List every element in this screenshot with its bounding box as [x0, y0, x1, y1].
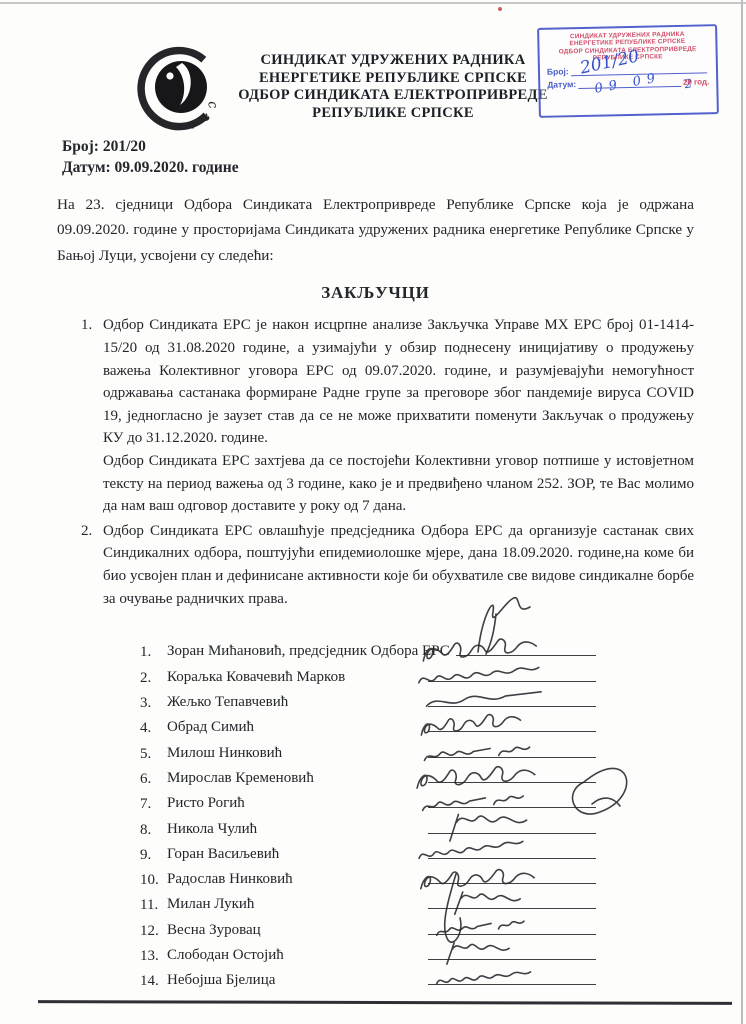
conclusion-item-2: 2.Одбор Синдиката ЕРС овлашћује предсјед… — [57, 520, 694, 610]
signatory-row-11: 11.Милан Лукић — [140, 889, 596, 914]
conclusions-heading: ЗАКЉУЧЦИ — [57, 283, 694, 303]
stamp-number-label: Број: — [547, 66, 569, 76]
signatory-number: 12. — [140, 923, 167, 940]
signatory-number: 8. — [140, 822, 167, 839]
signatory-row-6: 6.Мирослав Кременовић — [140, 763, 596, 788]
organization-title-line-2: ЕНЕРГЕТИКЕ РЕПУБЛИКЕ СРПСКЕ — [208, 70, 578, 88]
organization-title-line-4: РЕПУБЛИКЕ СРПСКЕ — [208, 105, 578, 123]
organization-title: СИНДИКАТ УДРУЖЕНИХ РАДНИКАЕНЕРГЕТИКЕ РЕП… — [208, 52, 578, 122]
signature-line — [428, 858, 596, 859]
signatory-row-8: 8.Никола Чулић — [140, 813, 596, 838]
signatory-number: 2. — [140, 670, 167, 687]
registry-stamp: СИНДИКАТ УДРУЖЕНИХ РАДНИКАЕНЕРГЕТИКЕ РЕП… — [537, 24, 719, 118]
conclusion-number: 2. — [81, 520, 103, 610]
document-date: Датум: 09.09.2020. године — [62, 157, 694, 178]
scan-edge-bottom — [38, 1000, 732, 1005]
signature-line — [428, 757, 596, 758]
signatory-number: 14. — [140, 973, 167, 990]
signatory-row-1: 1.Зоран Мићановић, предсједник Одбора ЕР… — [140, 636, 596, 661]
signatory-number: 11. — [140, 897, 167, 914]
intro-paragraph: На 23. сједници Одбора Синдиката Електро… — [57, 192, 694, 268]
signatories-block: 1.Зоран Мићановић, предсједник Одбора ЕР… — [140, 636, 596, 990]
signatory-number: 9. — [140, 847, 167, 864]
signature-line — [428, 731, 596, 732]
organization-title-line-3: ОДБОР СИНДИКАТА ЕЛЕКТРОПРИВРЕДЕ — [208, 87, 578, 105]
signatory-row-5: 5.Милош Нинковић — [140, 737, 596, 762]
stamp-date-label: Датум: — [547, 79, 576, 90]
conclusion-paragraph: Одбор Синдиката ЕРС захтјева да се посто… — [103, 450, 694, 518]
signatory-name: Милан Лукић — [167, 896, 254, 914]
signatory-name: Милош Нинковић — [167, 745, 282, 763]
signature-line — [428, 934, 596, 935]
signatory-row-12: 12.Весна Зуровац — [140, 914, 596, 939]
organization-title-line-1: СИНДИКАТ УДРУЖЕНИХ РАДНИКА — [208, 52, 578, 70]
signatory-number: 6. — [140, 771, 167, 788]
signature-line — [428, 833, 596, 834]
signature-line — [428, 908, 596, 909]
signatory-name: Радослав Нинковић — [167, 871, 293, 889]
signature-line — [456, 655, 596, 656]
signatory-name: Жељко Тепавчевић — [167, 694, 288, 712]
signatory-number: 3. — [140, 695, 167, 712]
signatory-number: 5. — [140, 746, 167, 763]
conclusions-list: 1.Одбор Синдиката ЕРС је након исцрпне а… — [57, 314, 694, 610]
signatory-row-13: 13.Слободан Остојић — [140, 940, 596, 965]
signatory-row-7: 7.Ристо Рогић — [140, 788, 596, 813]
signature-line — [428, 807, 596, 808]
signature-line — [428, 883, 596, 884]
signatory-number: 13. — [140, 948, 167, 965]
signatory-name: Слободан Остојић — [167, 947, 284, 965]
signatory-name: Небојша Бјелица — [167, 972, 275, 990]
signatory-number: 10. — [140, 872, 167, 889]
scan-edge-top — [0, 2, 746, 4]
document-number: Број: 201/20 — [62, 136, 694, 157]
signatory-name: Обрад Симић — [167, 719, 254, 737]
signatory-name: Никола Чулић — [167, 821, 257, 839]
signatory-name: Горан Васиљевић — [167, 846, 279, 864]
conclusion-text: Одбор Синдиката ЕРС је након исцрпне ана… — [103, 314, 694, 517]
signatory-number: 7. — [140, 796, 167, 813]
conclusion-paragraph: Одбор Синдиката ЕРС овлашћује предсједни… — [103, 520, 694, 610]
signatory-row-10: 10.Радослав Нинковић — [140, 864, 596, 889]
signature-line — [428, 681, 596, 682]
signatory-row-3: 3.Жељко Тепавчевић — [140, 687, 596, 712]
signatory-row-9: 9.Горан Васиљевић — [140, 839, 596, 864]
conclusion-number: 1. — [81, 314, 103, 517]
signature-line — [428, 959, 596, 960]
conclusion-paragraph: Одбор Синдиката ЕРС је након исцрпне ана… — [103, 314, 694, 450]
signatory-row-14: 14.Небојша Бјелица — [140, 965, 596, 990]
scan-speck — [498, 7, 502, 11]
scanned-document-page: е р с СИНДИКАТ УДРУЖЕНИХ РАДНИКАЕНЕРГЕТИ… — [0, 0, 746, 1024]
signatory-name: Зоран Мићановић, предсједник Одбора ЕРС — [167, 643, 450, 661]
signatory-number: 4. — [140, 720, 167, 737]
stamp-year-suffix: год. — [694, 77, 709, 86]
signature-line — [428, 782, 596, 783]
signatory-row-4: 4.Обрад Симић — [140, 712, 596, 737]
signatory-name: Кораљка Ковачевић Марков — [167, 669, 345, 687]
signatory-row-2: 2.Кораљка Ковачевић Марков — [140, 661, 596, 686]
signature-line — [428, 984, 596, 985]
signatory-name: Весна Зуровац — [167, 922, 261, 940]
conclusion-text: Одбор Синдиката ЕРС овлашћује предсједни… — [103, 520, 694, 610]
scan-edge-right — [741, 0, 743, 1024]
document-body: Број: 201/20 Датум: 09.09.2020. године Н… — [57, 136, 694, 990]
signatory-name: Мирослав Кременовић — [167, 770, 314, 788]
signatory-name: Ристо Рогић — [167, 795, 245, 813]
signatory-number: 1. — [140, 644, 167, 661]
signature-line — [428, 706, 596, 707]
conclusion-item-1: 1.Одбор Синдиката ЕРС је након исцрпне а… — [57, 314, 694, 517]
